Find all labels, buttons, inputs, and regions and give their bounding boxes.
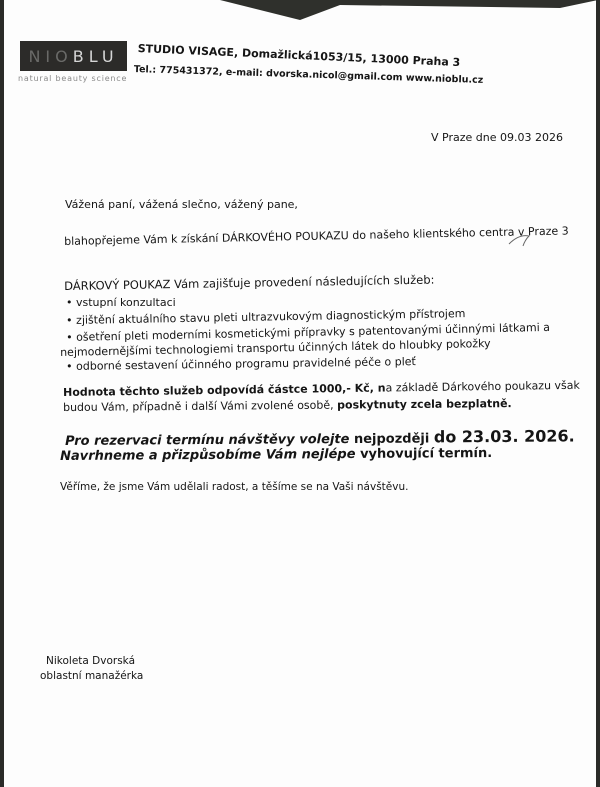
service-item: • vstupní konzultaci [66, 296, 176, 309]
reservation-offer: Navrhneme a přizpůsobíme Vám nejlépe vyh… [60, 446, 492, 464]
logo-part-dim: NIO [28, 47, 72, 66]
signature-role: oblastní manažérka [40, 670, 143, 682]
nioblu-logo: NIOBLU [20, 41, 127, 71]
greeting: Vážená paní, vážená slečno, vážený pane, [65, 198, 298, 211]
reservation-deadline: Pro rezervaci termínu návštěvy volejte n… [65, 426, 575, 449]
closing-line: Věříme, že jsme Vám udělali radost, a tě… [60, 481, 408, 493]
logo-tagline: natural beauty science [18, 74, 127, 83]
date-line: V Praze dne 09.03 2026 [431, 131, 563, 144]
signature-name: Nikoleta Dvorská [46, 655, 135, 667]
handwritten-mark [505, 230, 535, 250]
logo-part-light: BLU [73, 47, 119, 66]
